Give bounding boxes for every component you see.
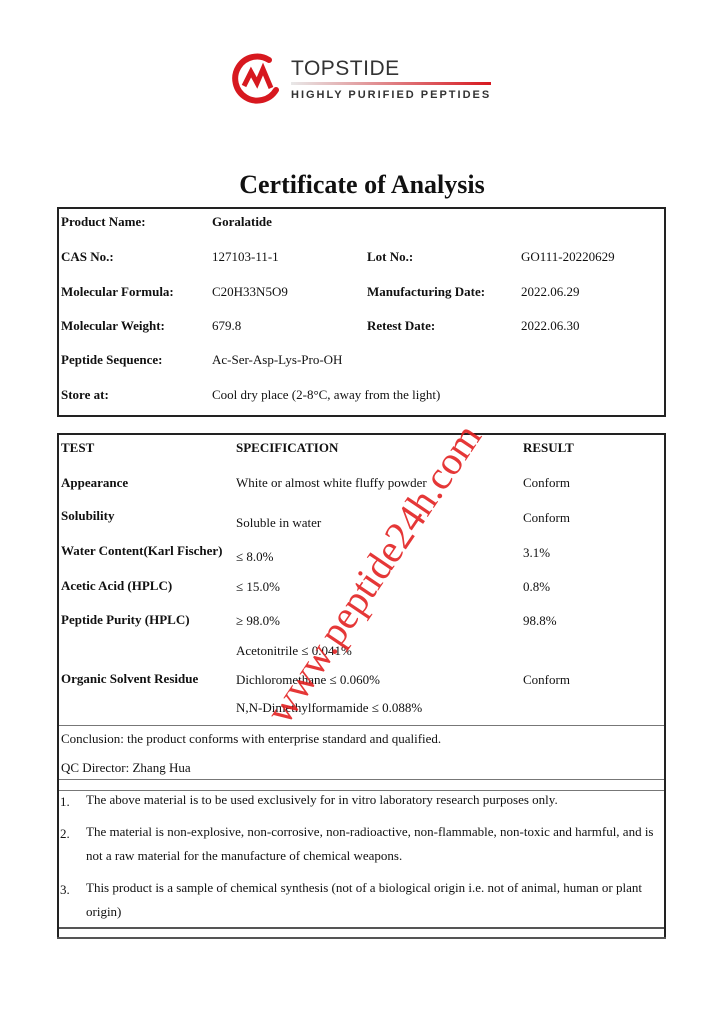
- retest-date-value: 2022.06.30: [521, 318, 580, 334]
- brand-underline: [291, 82, 491, 85]
- result-solubility: Conform: [523, 510, 570, 526]
- test-peptide-purity: Peptide Purity (HPLC): [61, 612, 190, 628]
- molecular-formula-value: C20H33N5O9: [212, 284, 288, 300]
- test-appearance: Appearance: [61, 475, 128, 491]
- spec-acetonitrile: Acetonitrile ≤ 0.041%: [236, 643, 352, 659]
- divider: [59, 725, 664, 726]
- brand-tagline: HIGHLY PURIFIED PEPTIDES: [291, 89, 491, 101]
- divider: [59, 779, 664, 780]
- divider: [59, 927, 664, 929]
- retest-date-label: Retest Date:: [367, 318, 435, 334]
- conclusion-text: Conclusion: the product conforms with en…: [61, 731, 441, 747]
- product-name-value: Goralatide: [212, 214, 272, 230]
- spec-dichloromethane: Dichloromethane ≤ 0.060%: [236, 672, 380, 688]
- header-specification: SPECIFICATION: [236, 440, 338, 456]
- spec-appearance: White or almost white fluffy powder: [236, 475, 427, 491]
- peptide-sequence-label: Peptide Sequence:: [61, 352, 162, 368]
- store-at-label: Store at:: [61, 387, 109, 403]
- peptide-sequence-value: Ac-Ser-Asp-Lys-Pro-OH: [212, 352, 342, 368]
- header-test: TEST: [61, 440, 94, 456]
- note-number: 1.: [60, 794, 70, 810]
- note-number: 3.: [60, 882, 70, 898]
- table-bottom-border: [57, 937, 666, 939]
- molecular-weight-label: Molecular Weight:: [61, 318, 165, 334]
- manufacturing-date-value: 2022.06.29: [521, 284, 580, 300]
- note-text: The material is non-explosive, non-corro…: [86, 820, 666, 868]
- spec-acetic-acid: ≤ 15.0%: [236, 579, 280, 595]
- lot-no-label: Lot No.:: [367, 249, 413, 265]
- brand-name: TOPSTIDE: [291, 57, 400, 81]
- cas-no-label: CAS No.:: [61, 249, 114, 265]
- molecular-formula-label: Molecular Formula:: [61, 284, 174, 300]
- product-info-table: [57, 207, 666, 417]
- spec-dimethylformamide: N,N-Dimethylformamide ≤ 0.088%: [236, 700, 422, 716]
- result-peptide-purity: 98.8%: [523, 613, 557, 629]
- test-solubility: Solubility: [61, 508, 114, 524]
- test-organic-solvent: Organic Solvent Residue: [61, 671, 198, 687]
- cas-no-value: 127103-11-1: [212, 249, 279, 265]
- header-result: RESULT: [523, 440, 574, 456]
- note-number: 2.: [60, 826, 70, 842]
- cm-logo-icon: [229, 52, 283, 106]
- qc-director: QC Director: Zhang Hua: [61, 760, 191, 776]
- product-name-label: Product Name:: [61, 214, 146, 230]
- result-appearance: Conform: [523, 475, 570, 491]
- spec-peptide-purity: ≥ 98.0%: [236, 613, 280, 629]
- molecular-weight-value: 679.8: [212, 318, 241, 334]
- result-organic-solvent: Conform: [523, 672, 570, 688]
- test-acetic-acid: Acetic Acid (HPLC): [61, 578, 172, 594]
- company-logo: TOPSTIDE HIGHLY PURIFIED PEPTIDES: [229, 52, 499, 112]
- note-text: The above material is to be used exclusi…: [86, 788, 666, 812]
- result-water-content: 3.1%: [523, 545, 550, 561]
- result-acetic-acid: 0.8%: [523, 579, 550, 595]
- document-title: Certificate of Analysis: [0, 170, 724, 200]
- note-text: This product is a sample of chemical syn…: [86, 876, 666, 924]
- manufacturing-date-label: Manufacturing Date:: [367, 284, 485, 300]
- store-at-value: Cool dry place (2-8°C, away from the lig…: [212, 387, 440, 403]
- spec-solubility: Soluble in water: [236, 515, 321, 531]
- spec-water-content: ≤ 8.0%: [236, 549, 273, 565]
- lot-no-value: GO111-20220629: [521, 249, 615, 265]
- test-water-content: Water Content(Karl Fischer): [61, 543, 223, 559]
